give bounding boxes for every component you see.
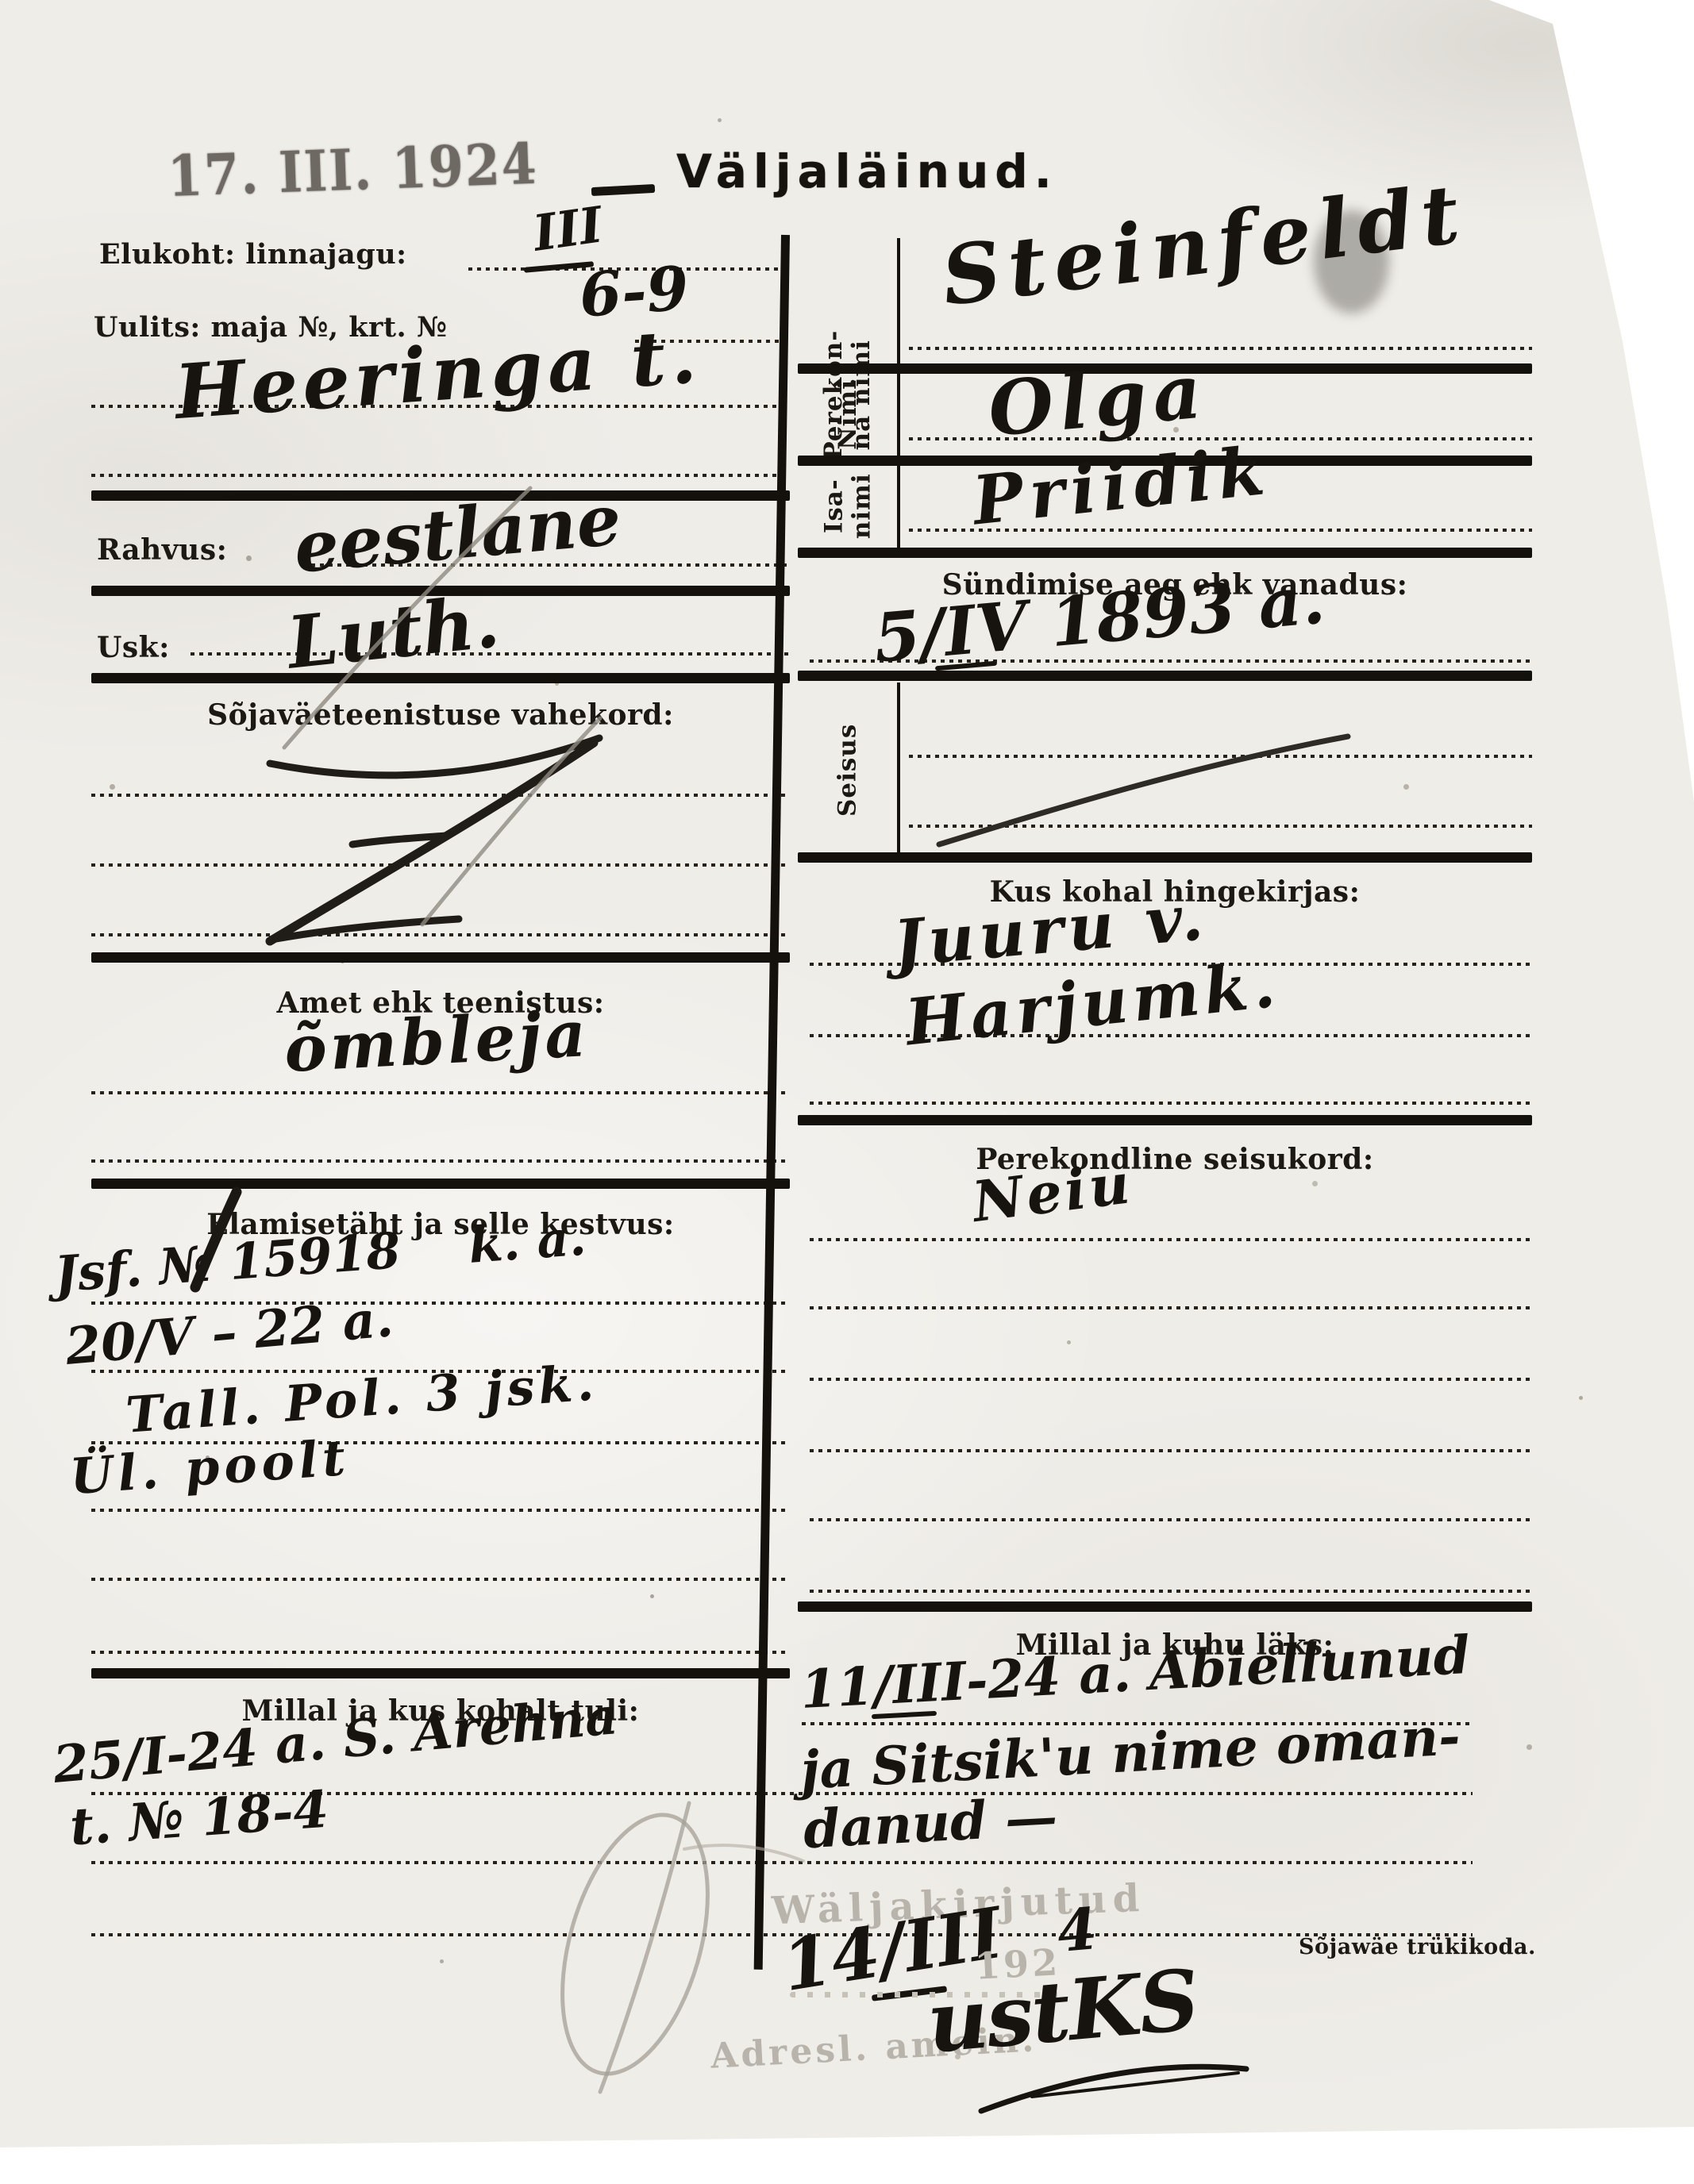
elukoht-value: III (530, 200, 606, 259)
dotted-line (91, 1091, 790, 1094)
dotted-line (810, 1238, 1532, 1241)
usk-value: Luth. (284, 586, 502, 679)
dotted-line (91, 1302, 790, 1305)
dotted-line (91, 1578, 790, 1581)
isanimi-label-text: Isa- nimi (820, 474, 875, 540)
scanned-registration-card: 17. III. 1924 Väljaläinud. Elukoht: linn… (0, 0, 1694, 2184)
seisus-label: Seisus (800, 686, 895, 853)
dotted-line (810, 1590, 1532, 1593)
section-rule (798, 852, 1532, 863)
dotted-line (810, 1518, 1532, 1521)
sojavae-label: Sõjaväeteenistuse vahekord: (91, 698, 790, 732)
section-rule (91, 673, 790, 683)
printer-imprint: Sõjawäe trükikoda. (1299, 1935, 1536, 1959)
section-rule (798, 548, 1532, 558)
label-separator (897, 682, 900, 856)
dotted-line (91, 1651, 790, 1654)
section-rule (91, 952, 790, 963)
seisus-label-text: Seisus (834, 723, 862, 816)
isanimi-label: Isa- nimi (800, 467, 895, 546)
nimi-value: Olga (985, 354, 1210, 448)
nimi-label-text: Nimi (834, 379, 862, 450)
dotted-line (810, 1102, 1532, 1105)
dotted-line (810, 1306, 1532, 1309)
amet-value: õmbleja (283, 1002, 591, 1081)
section-rule (798, 1601, 1532, 1612)
elukoht-label: Elukoht: linnajagu: (99, 238, 407, 271)
section-rule (91, 1668, 790, 1678)
date-stamp: 17. III. 1924 (167, 132, 539, 210)
dotted-line (91, 863, 790, 867)
dotted-line (91, 1861, 1473, 1864)
dotted-line (91, 933, 790, 936)
rahvus-label: Rahvus: (97, 533, 227, 567)
page-title: Väljaläinud. (676, 144, 1058, 198)
paper-specks (0, 0, 2, 2)
dotted-line (810, 1378, 1532, 1381)
label-separator (897, 238, 900, 549)
laks-line-3: danud — (802, 1790, 1058, 1856)
dotted-line (91, 474, 790, 477)
dotted-line (810, 1449, 1532, 1452)
usk-label: Usk: (97, 631, 170, 664)
section-rule (91, 1179, 790, 1189)
dotted-line (909, 755, 1532, 758)
section-rule (798, 1115, 1532, 1125)
dotted-line (909, 347, 1532, 350)
dotted-line (91, 1159, 790, 1163)
dotted-line (91, 794, 790, 797)
seisukord-label: Perekondline seisukord: (818, 1143, 1532, 1176)
official-signature: ustKS (924, 1958, 1201, 2064)
year-digit: 4 (1055, 1900, 1099, 1960)
nimi-label: Nimi (800, 377, 895, 452)
dotted-line (91, 1509, 790, 1512)
dotted-line (909, 825, 1532, 828)
